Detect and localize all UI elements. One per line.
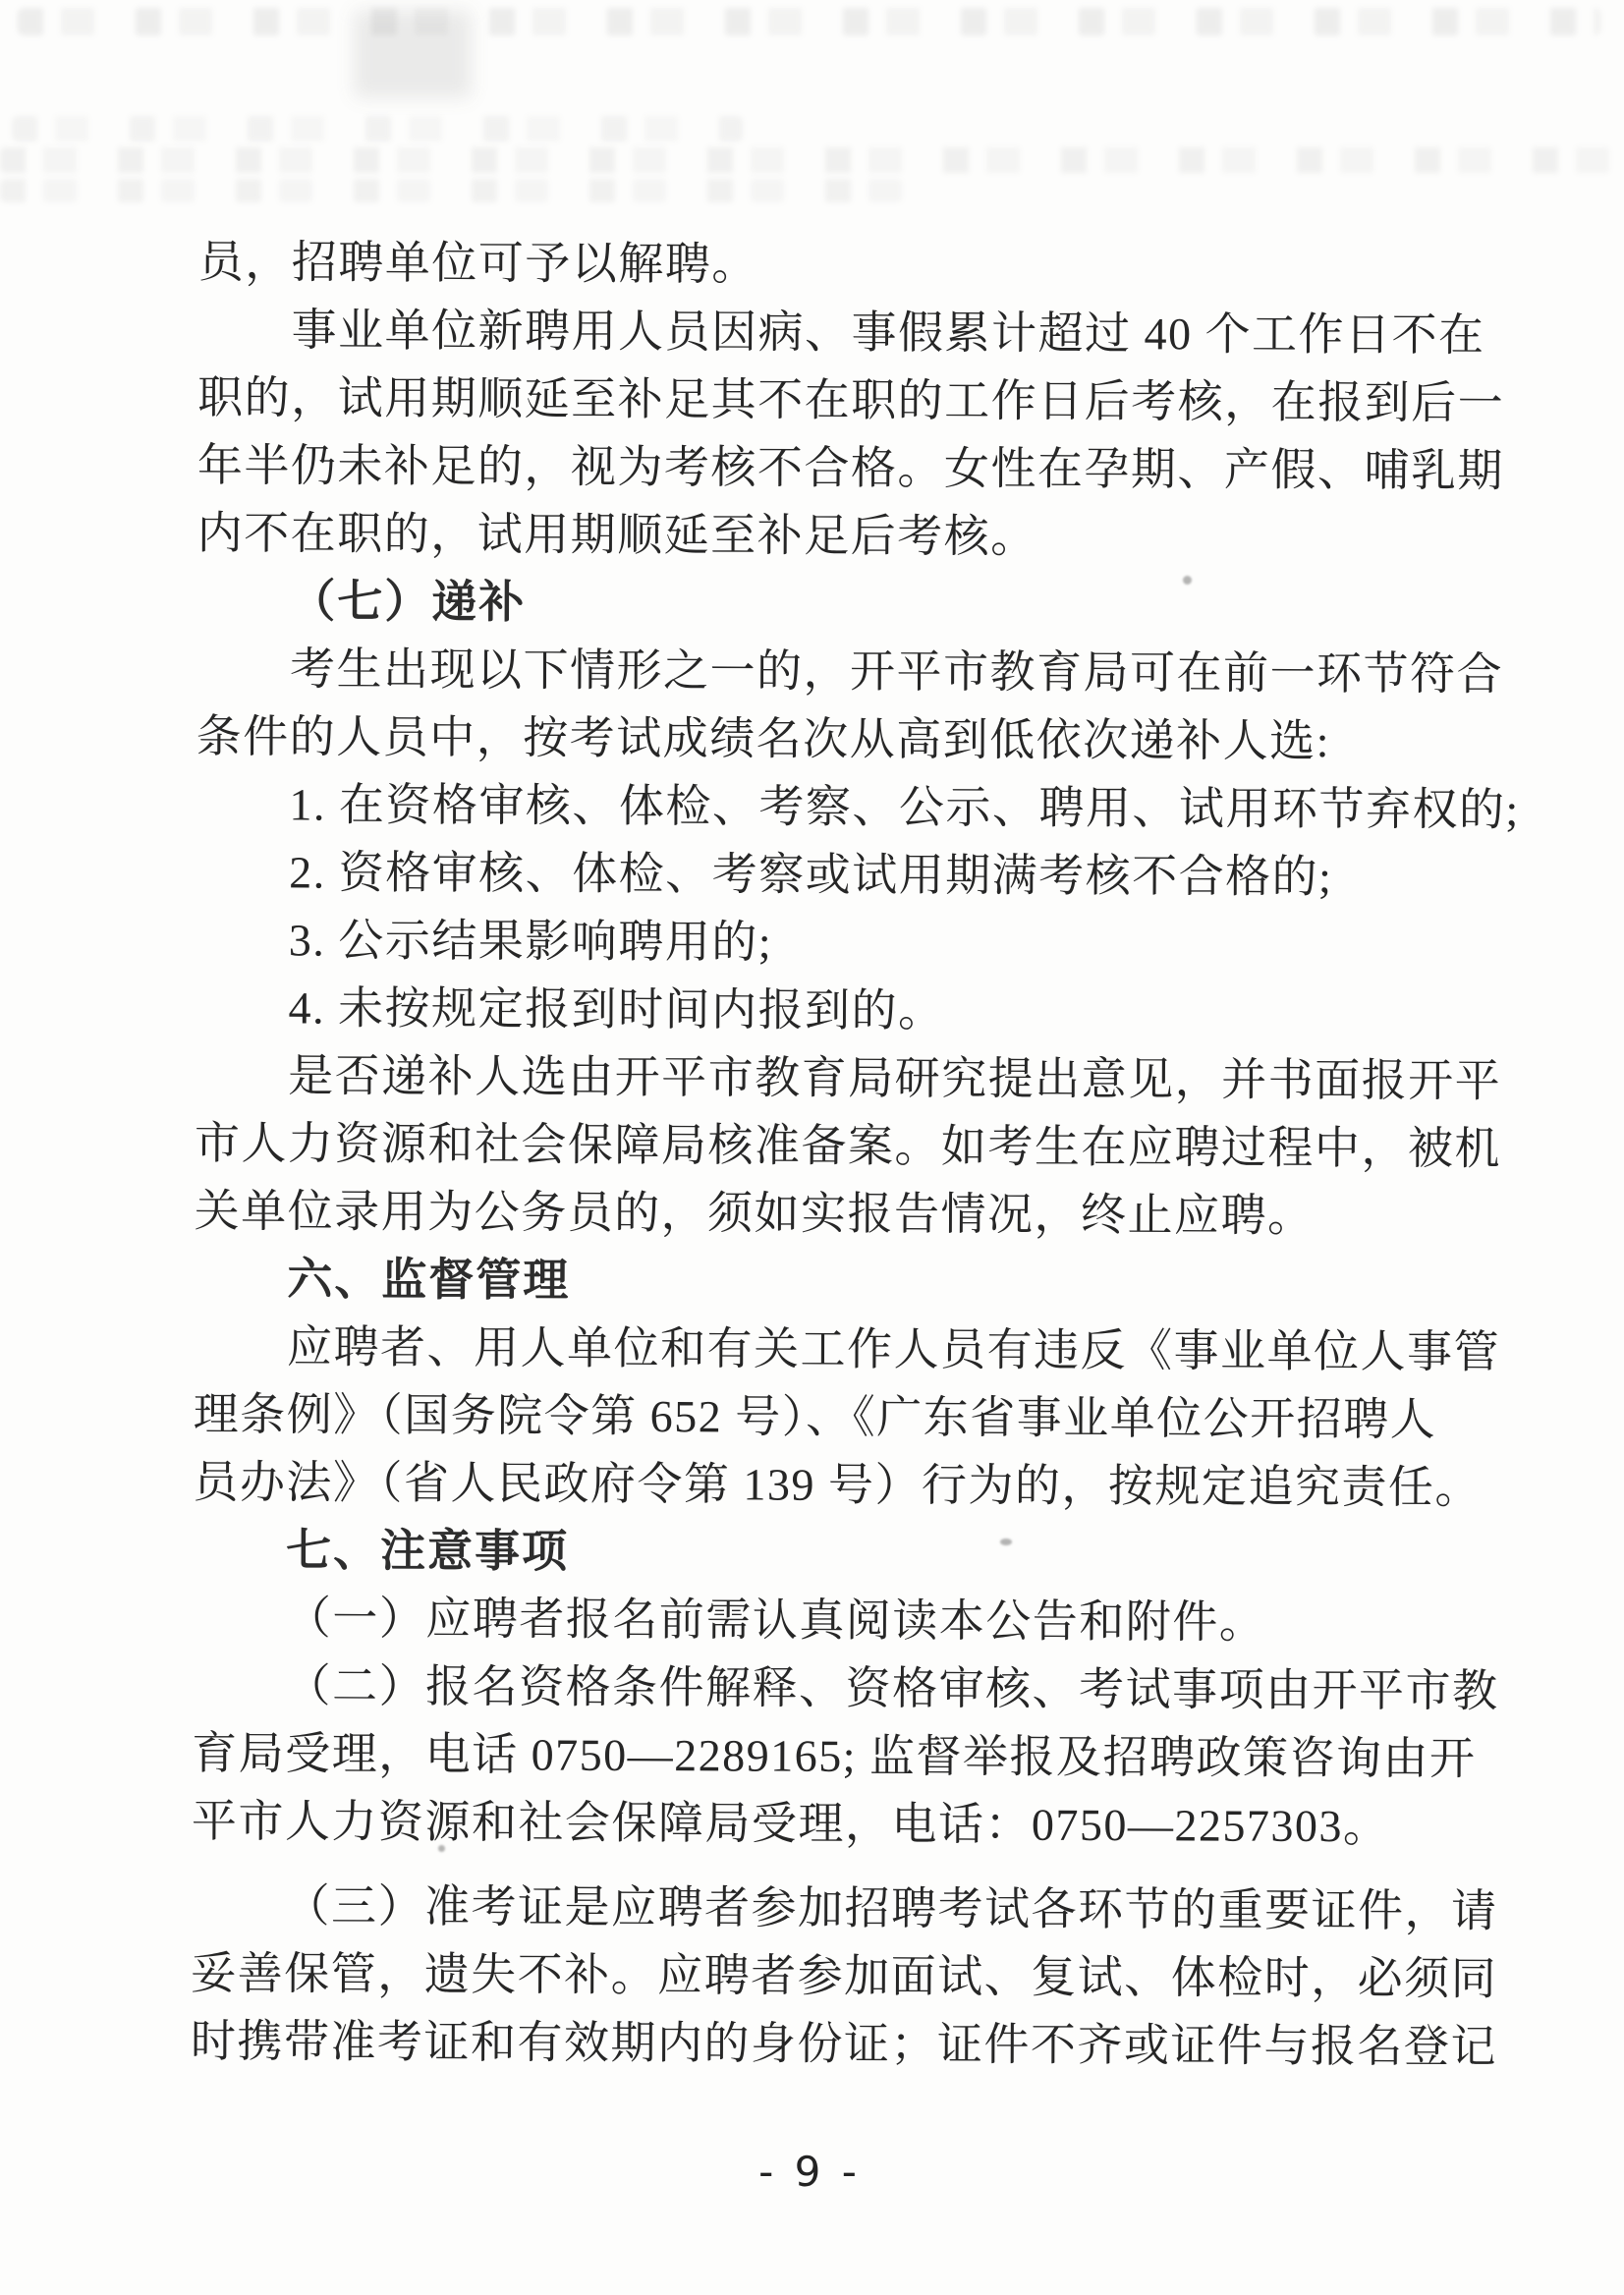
text-line: 考生出现以下情形之一的，开平市教育局可在前一环节符合: [196, 635, 1419, 707]
text-line: 内不在职的，试用期顺延至补足后考核。: [196, 499, 1419, 572]
text-line: 时携带准考证和有效期内的身份证；证件不齐或证件与报名登记: [191, 2007, 1413, 2080]
text-line: 事业单位新聘用人员因病、事假累计超过 40 个工作日不在: [197, 296, 1420, 368]
document-page: 员，招聘单位可予以解聘。事业单位新聘用人员因病、事假累计超过 40 个工作日不在…: [0, 0, 1624, 2295]
text-line: 4. 未按规定报到时间内报到的。: [195, 974, 1417, 1046]
text-line: 应聘者、用人单位和有关工作人员有违反《事业单位人事管: [194, 1313, 1416, 1385]
scan-ghost-artifact: [18, 8, 1601, 35]
section-heading: 七、注意事项: [193, 1516, 1415, 1589]
page-number: - 9 -: [758, 2148, 861, 2196]
scan-smudge: [354, 10, 472, 98]
text-line: 1. 在资格审核、体检、考察、公示、聘用、试用环节弃权的;: [196, 770, 1418, 843]
text-line: 员，招聘单位可予以解聘。: [198, 228, 1421, 301]
text-line: 关单位录用为公务员的，须如实报告情况，终止应聘。: [194, 1177, 1416, 1250]
text-line: 年半仍未补足的，视为考核不合格。女性在孕期、产假、哺乳期: [197, 431, 1420, 504]
text-line: （三）准考证是应聘者参加招聘考试各环节的重要证件，请: [191, 1872, 1413, 1944]
text-line: 3. 公示结果影响聘用的;: [196, 906, 1418, 979]
text-line: 2. 资格审核、体检、考察或试用期满考核不合格的;: [196, 838, 1418, 911]
text-line: 平市人力资源和社会保障局受理，电话：0750—2257303。: [192, 1787, 1414, 1860]
section-heading: （七）递补: [196, 567, 1419, 640]
text-line: （一）应聘者报名前需认真阅读本公告和附件。: [193, 1584, 1415, 1656]
text-line: 条件的人员中，按考试成绩名次从高到低依次递补人选:: [196, 702, 1419, 775]
text-line: 市人力资源和社会保障局核准备案。如考生在应聘过程中，被机: [195, 1109, 1417, 1182]
page-footer: - 9 -: [198, 2148, 1421, 2196]
text-line: 育局受理，电话 0750—2289165; 监督举报及招聘政策咨询由开: [192, 1719, 1414, 1792]
scan-ghost-artifact: [0, 147, 1611, 173]
text-line: 理条例》（国务院令第 652 号）、《广东省事业单位公开招聘人: [194, 1380, 1416, 1453]
text-line: 职的，试用期顺延至补足其不在职的工作日后考核，在报到后一: [197, 364, 1420, 436]
document-body: 员，招聘单位可予以解聘。事业单位新聘用人员因病、事假累计超过 40 个工作日不在…: [191, 228, 1421, 2080]
text-line: 妥善保管，遗失不补。应聘者参加面试、复试、体检时，必须同: [191, 1939, 1413, 2012]
scan-ghost-artifact: [0, 179, 904, 202]
scan-ghost-artifact: [12, 116, 743, 141]
text-line: （二）报名资格条件解释、资格审核、考试事项由开平市教: [192, 1651, 1414, 1724]
section-heading: 六、监督管理: [194, 1245, 1416, 1317]
text-line: 员办法》（省人民政府令第 139 号）行为的，按规定追究责任。: [193, 1448, 1415, 1521]
text-line: 是否递补人选由开平市教育局研究提出意见，并书面报开平: [195, 1041, 1417, 1114]
